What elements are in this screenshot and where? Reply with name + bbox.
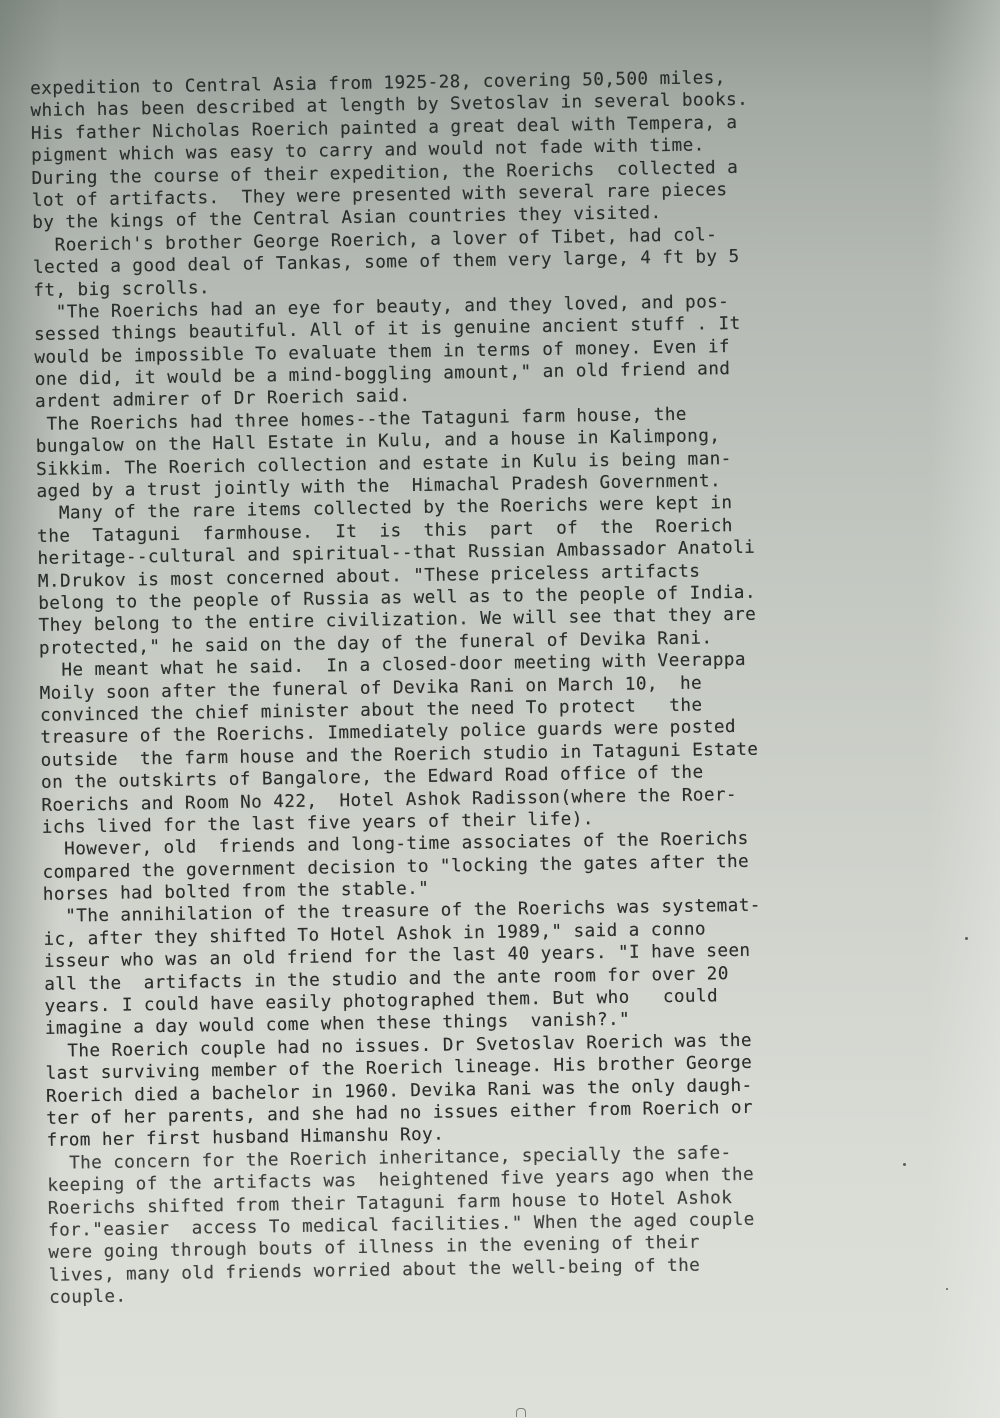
paragraph-three-homes: The Roerichs had three homes--the Tatagu…: [35, 399, 976, 503]
paragraph-old-friends: However, old friends and long-time assoc…: [42, 824, 985, 1040]
paper-page: expedition to Central Asia from 1925-28,…: [0, 0, 1000, 1418]
ink-speck: [946, 1288, 948, 1290]
typewritten-text-body: expedition to Central Asia from 1925-28,…: [30, 63, 989, 1309]
paragraph-no-issues: The Roerich couple had no issues. Dr Sve…: [45, 1026, 987, 1153]
paragraph-closed-door-meeting: He meant what he said. In a closed-door …: [39, 645, 982, 839]
ink-speck: [903, 1163, 906, 1166]
ink-speck: [965, 937, 968, 940]
paper-mark: [516, 1408, 526, 1417]
paragraph-expedition: expedition to Central Asia from 1925-28,…: [30, 63, 972, 234]
paragraph-rare-items: Many of the rare items collected by the …: [37, 489, 979, 660]
paragraph-eye-for-beauty: "The Roerichs had an eye for beauty, and…: [34, 287, 976, 414]
paragraph-concern-inheritance: The concern for the Roerich inheritance,…: [47, 1138, 989, 1309]
